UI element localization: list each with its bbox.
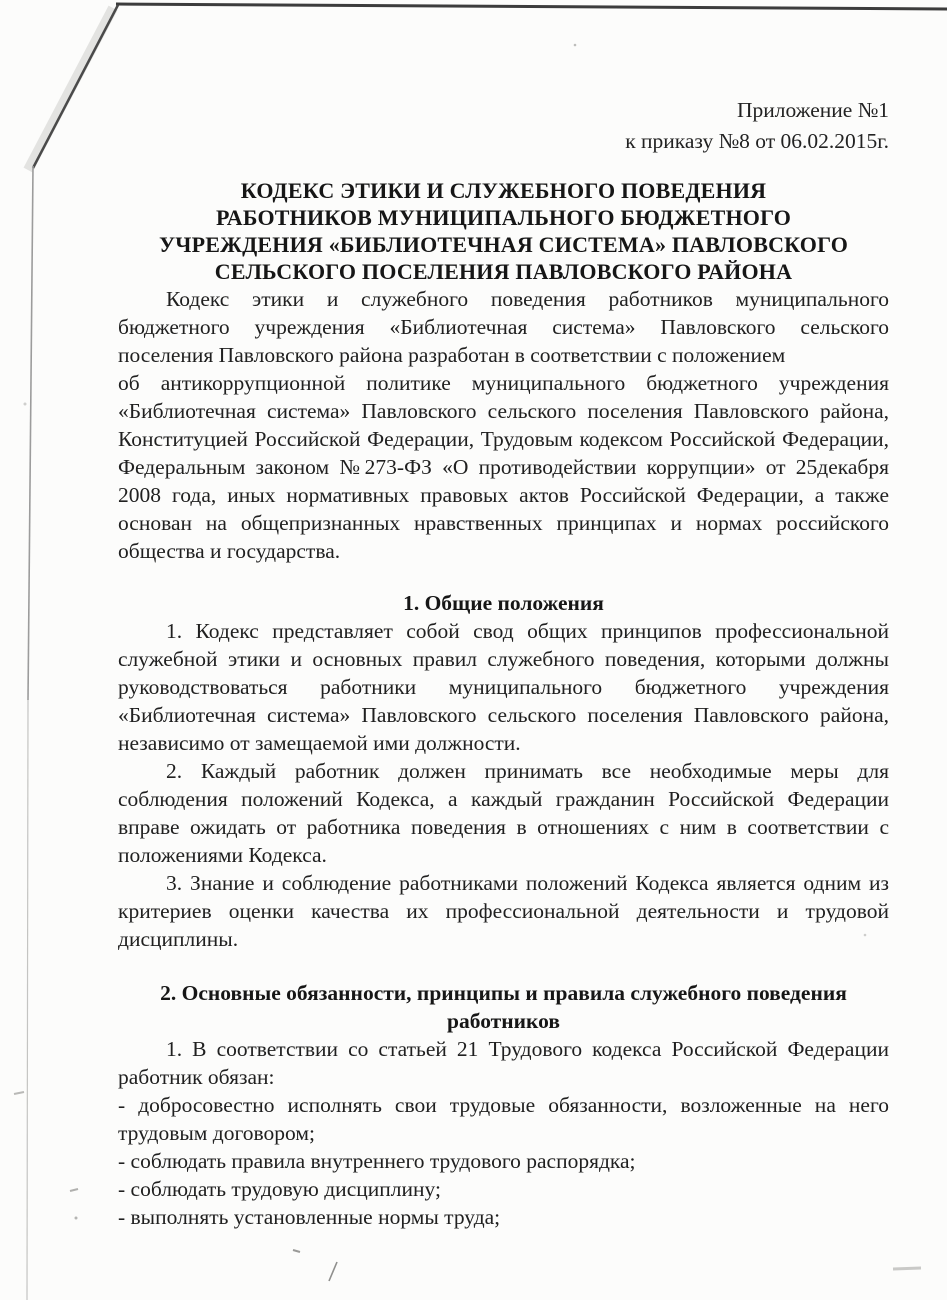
section-1-heading: 1. Общие положения — [118, 589, 889, 617]
document-title-line-3: УЧРЕЖДЕНИЯ «БИБЛИОТЕЧНАЯ СИСТЕМА» ПАВЛОВ… — [118, 231, 889, 258]
section-2-paragraph-1: 1. В соответствии со статьей 21 Трудовог… — [118, 1035, 889, 1091]
document-title-line-2: РАБОТНИКОВ МУНИЦИПАЛЬНОГО БЮДЖЕТНОГО — [118, 204, 889, 231]
intro-paragraph-part-1: Кодекс этики и служебного поведения рабо… — [118, 285, 889, 369]
document-title-line-1: КОДЕКС ЭТИКИ И СЛУЖЕБНОГО ПОВЕДЕНИЯ — [118, 177, 889, 204]
scanned-document-page: Приложение №1 к приказу №8 от 06.02.2015… — [0, 0, 947, 1300]
intro-paragraph-part-2: об антикоррупционной политике муниципаль… — [118, 369, 889, 565]
section-2-heading: 2. Основные обязанности, принципы и прав… — [118, 979, 889, 1035]
duty-list-item-4: - выполнять установленные нормы труда; — [118, 1203, 889, 1231]
duty-list-item-2: - соблюдать правила внутреннего трудовог… — [118, 1147, 889, 1175]
document-content: Приложение №1 к приказу №8 от 06.02.2015… — [118, 0, 889, 1231]
document-title-line-4: СЕЛЬСКОГО ПОСЕЛЕНИЯ ПАВЛОВСКОГО РАЙОНА — [118, 258, 889, 285]
document-title: КОДЕКС ЭТИКИ И СЛУЖЕБНОГО ПОВЕДЕНИЯ РАБО… — [118, 177, 889, 285]
duty-list-item-1: - добросовестно исполнять свои трудовые … — [118, 1091, 889, 1147]
annex-header: Приложение №1 к приказу №8 от 06.02.2015… — [118, 95, 889, 157]
duty-list-item-3: - соблюдать трудовую дисциплину; — [118, 1175, 889, 1203]
section-1-paragraph-2: 2. Каждый работник должен принимать все … — [118, 757, 889, 869]
annex-line-2: к приказу №8 от 06.02.2015г. — [118, 126, 889, 157]
section-1-paragraph-1: 1. Кодекс представляет собой свод общих … — [118, 617, 889, 757]
annex-line-1: Приложение №1 — [118, 95, 889, 126]
section-1-paragraph-3: 3. Знание и соблюдение работниками полож… — [118, 869, 889, 953]
